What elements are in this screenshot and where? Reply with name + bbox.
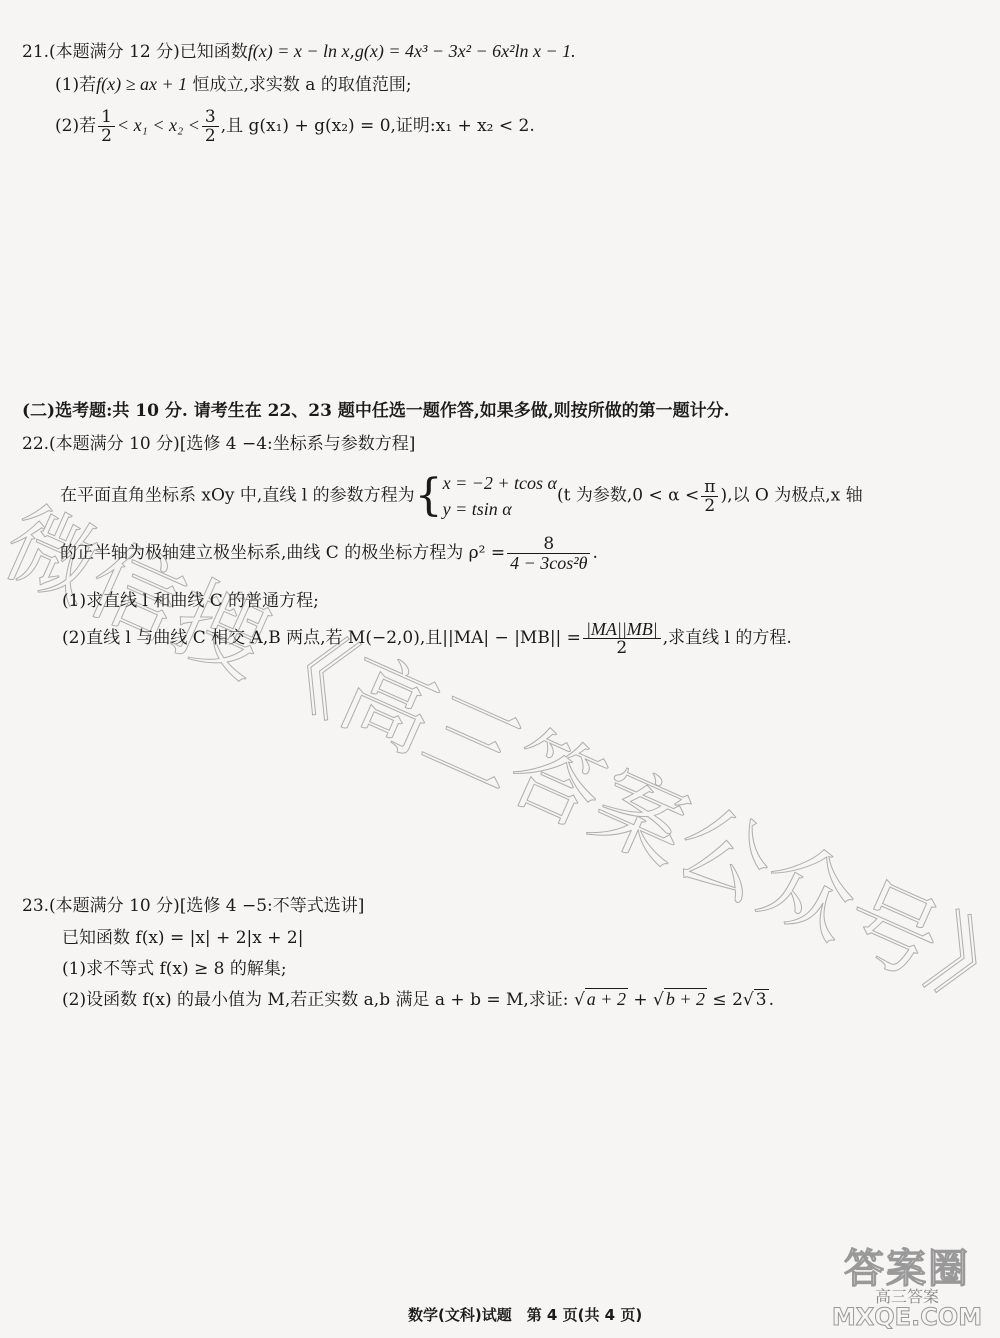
q22-stem2-prefix: 的正半轴为极轴建立极坐标系,曲线 C 的极坐标方程为 ρ² = [60,543,505,563]
q22-stem-suffix: ),以 O 为极点,x 轴 [720,486,862,506]
brace-icon: { [415,470,443,521]
q23-stem: 已知函数 f(x) = |x| + 2|x + 2| [62,927,303,949]
q21-part2: (2)若12< x₁ < x₂ <32,且 g(x₁) + g(x₂) = 0,… [55,108,535,145]
q23-header: 23.(本题满分 10 分)[选修 4 −5:不等式选讲] [22,895,364,917]
sqrt-sign-icon: √ [653,990,664,1010]
q21-p1-suffix: 恒成立,求实数 a 的取值范围; [193,75,412,95]
fraction-ma-mb: |MA||MB|2 [583,620,661,657]
sqrt-a-plus-2: a + 2 [585,988,628,1009]
fraction-pi-over-2: π2 [701,478,718,515]
q21-p2-suffix: ,且 g(x₁) + g(x₂) = 0,证明:x₁ + x₂ < 2. [221,116,535,136]
q23-stem-text: 已知函数 f(x) = |x| + 2|x + 2| [62,928,303,948]
q22-stem-prefix: 在平面直角坐标系 xOy 中,直线 l 的参数方程为 [60,486,415,506]
period: . [592,543,597,563]
site-logo: 答案圈 高三答案 MXQE.COM [822,1248,992,1334]
q22-header: 22.(本题满分 10 分)[选修 4 −4:坐标系与参数方程] [22,433,415,455]
logo-main-text: 答案圈 [822,1248,992,1290]
q22-part2: (2)直线 l 与曲线 C 相交 A,B 两点,若 M(−2,0),且||MA|… [62,620,792,657]
q22-p2-suffix: ,求直线 l 的方程. [663,628,792,648]
numerator: 3 [202,108,219,127]
q22-title: 22.(本题满分 10 分)[选修 4 −4:坐标系与参数方程] [22,434,415,454]
sqrt-3: 3 [754,989,769,1010]
q23-title: 23.(本题满分 10 分)[选修 4 −5:不等式选讲] [22,896,364,916]
q22-stem-line2: 的正半轴为极轴建立极坐标系,曲线 C 的极坐标方程为 ρ² =84 − 3cos… [60,535,598,572]
q22-p1-text: (1)求直线 l 和曲线 C 的普通方程; [62,591,319,611]
numerator: 1 [98,108,115,127]
plus: + [628,990,653,1010]
sqrt-sign-icon: √ [574,990,585,1010]
period: . [769,990,774,1010]
sqrt-sign-icon: √ [743,990,754,1010]
q21-p2-prefix: (2)若 [55,116,96,136]
q21-header: 21.(本题满分 12 分)已知函数f(x) = x − ln x,g(x) =… [22,40,576,63]
eq-x: x = −2 + tcos α [443,470,557,496]
logo-url: MXQE.COM [822,1304,992,1330]
fraction-rho: 84 − 3cos²θ [507,535,590,572]
numerator: 8 [507,535,590,554]
section2-instructions: (二)选考题:共 10 分. 请考生在 22、23 题中任选一题作答,如果多做,… [22,400,730,422]
section2-text: (二)选考题:共 10 分. 请考生在 22、23 题中任选一题作答,如果多做,… [22,401,730,421]
q23-part1: (1)求不等式 f(x) ≥ 8 的解集; [62,958,287,980]
fraction-one-half: 12 [98,108,115,145]
q23-p2-prefix: (2)设函数 f(x) 的最小值为 M,若正实数 a,b 满足 a + b = … [62,990,574,1010]
q21-title: 21.(本题满分 12 分)已知函数 [22,42,248,62]
q21-p1-prefix: (1)若 [55,75,96,95]
denominator: 2 [583,639,661,657]
denominator: 2 [701,497,718,515]
parametric-equations: x = −2 + tcos αy = tsin α [443,470,557,522]
denominator: 4 − 3cos²θ [507,554,590,572]
q23-part2: (2)设函数 f(x) 的最小值为 M,若正实数 a,b 满足 a + b = … [62,988,774,1011]
q22-p2-prefix: (2)直线 l 与曲线 C 相交 A,B 两点,若 M(−2,0),且||MA|… [62,628,581,648]
numerator: |MA||MB| [583,620,661,639]
fraction-three-halves: 32 [202,108,219,145]
q21-f-definition: f(x) = x − ln x [248,41,350,61]
q22-stem-mid: (t 为参数,0 < α < [557,486,699,506]
q21-g-definition: g(x) = 4x³ − 3x² − 6x²ln x − 1. [355,41,576,61]
q23-p1-text: (1)求不等式 f(x) ≥ 8 的解集; [62,959,287,979]
q21-p1-inequality: f(x) ≥ ax + 1 [96,74,187,94]
numerator: π [701,478,718,497]
q21-part1: (1)若f(x) ≥ ax + 1 恒成立,求实数 a 的取值范围; [55,73,412,96]
logo-sub-text: 高三答案 [822,1290,992,1304]
denominator: 2 [98,127,115,145]
eq-y: y = tsin α [443,496,557,522]
page-footer: 数学(文科)试题 第 4 页(共 4 页) [408,1304,642,1325]
q21-p2-range: < x₁ < x₂ < [117,115,200,135]
q22-stem-line1: 在平面直角坐标系 xOy 中,直线 l 的参数方程为{x = −2 + tcos… [60,470,863,522]
q22-part1: (1)求直线 l 和曲线 C 的普通方程; [62,590,319,612]
leq-two: ≤ 2 [707,990,743,1010]
denominator: 2 [202,127,219,145]
parametric-system: {x = −2 + tcos αy = tsin α [415,470,557,522]
sqrt-b-plus-2: b + 2 [664,988,707,1009]
